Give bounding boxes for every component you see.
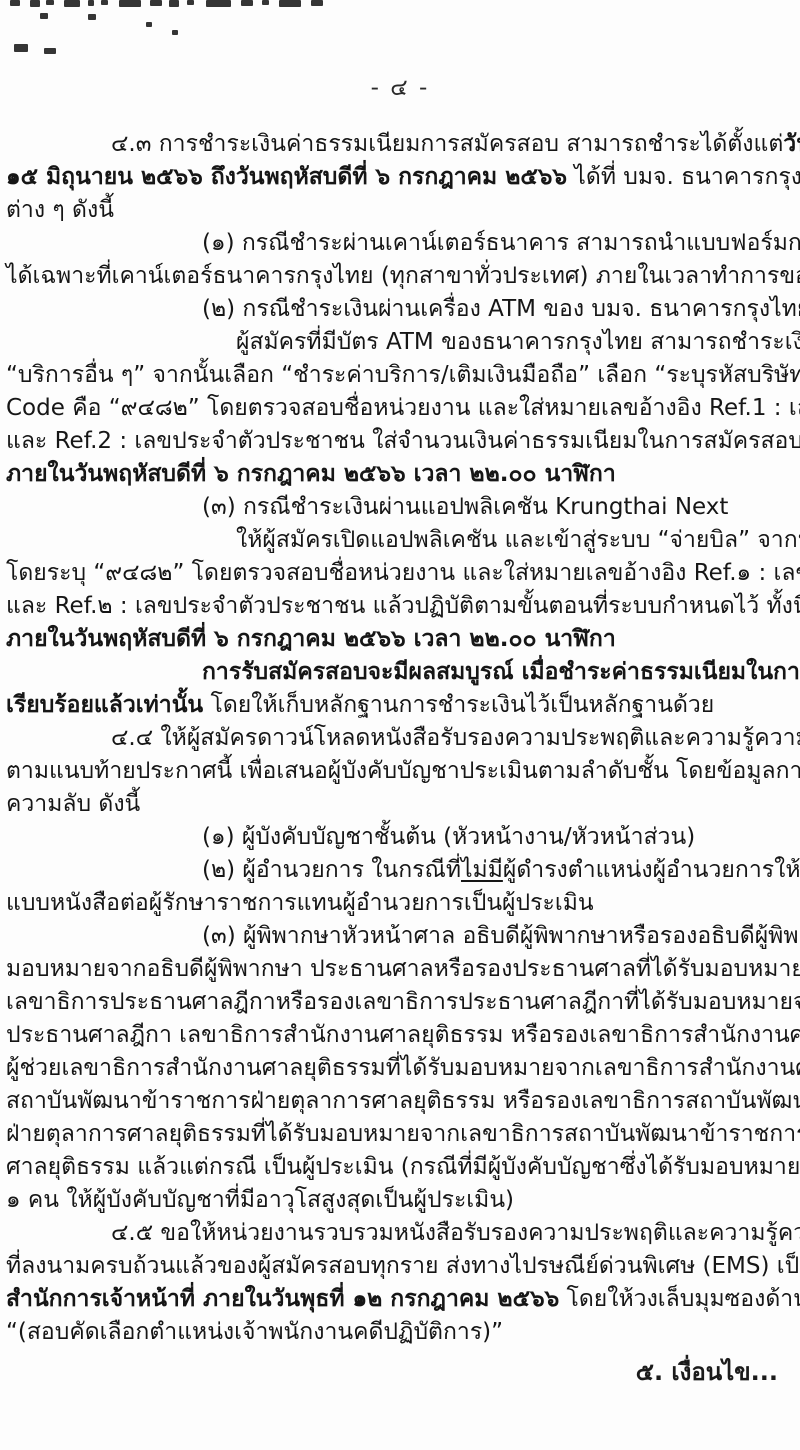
text-segment: ๑ คน ให้ผู้บังคับบัญชาที่มีอาวุโสสูงสุดเ… (6, 1187, 514, 1213)
text-line: (๑) ผู้บังคับบัญชาชั้นต้น (หัวหน้างาน/หั… (6, 821, 798, 854)
text-segment: ไม่มี (461, 857, 503, 883)
text-line: “(สอบคัดเลือกตำแหน่งเจ้าพนักงานคดีปฏิบัต… (6, 1316, 798, 1349)
text-line: ประธานศาลฎีกา เลขาธิการสำนักงานศาลยุติธร… (6, 1019, 798, 1052)
text-segment: (๒) ผู้อำนวยการ ในกรณีที่ (202, 857, 461, 883)
scan-artifact (101, 0, 108, 5)
text-line: Code คือ “๙๔๘๒” โดยตรวจสอบชื่อหน่วยงาน แ… (6, 392, 798, 425)
text-line: ศาลยุติธรรม แล้วแต่กรณี เป็นผู้ประเมิน (… (6, 1151, 798, 1184)
text-segment: มอบหมายจากอธิบดีผู้พิพากษา ประธานศาลหรือ… (6, 956, 800, 982)
text-segment: การรับสมัครสอบจะมีผลสมบูรณ์ เมื่อชำระค่า… (202, 659, 800, 685)
text-segment: โดยให้เก็บหลักฐานการชำระเงินไว้เป็นหลักฐ… (203, 692, 714, 718)
scan-artifact (262, 0, 269, 5)
text-segment: ให้ผู้สมัครเปิดแอปพลิเคชัน และเข้าสู่ระบ… (236, 527, 800, 553)
text-line: (๓) กรณีชำระเงินผ่านแอปพลิเคชัน Krungtha… (6, 491, 798, 524)
text-line: สำนักการเจ้าหน้าที่ ภายในวันพุธที่ ๑๒ กร… (6, 1283, 798, 1316)
text-segment: ฝ่ายตุลาการศาลยุติธรรมที่ได้รับมอบหมายจา… (6, 1121, 800, 1147)
text-line: ๔.๔ ให้ผู้สมัครดาวน์โหลดหนังสือรับรองควา… (6, 722, 798, 755)
scan-artifact (311, 0, 323, 6)
text-line: ที่ลงนามครบถ้วนแล้วของผู้สมัครสอบทุกราย … (6, 1250, 798, 1283)
text-segment: ผู้ช่วยเลขาธิการสำนักงานศาลยุติธรรมที่ได… (6, 1055, 800, 1081)
text-segment: ภายในวันพฤหัสบดีที่ ๖ กรกฎาคม ๒๕๖๖ เวลา … (6, 461, 616, 487)
text-line: เลขาธิการประธานศาลฎีกาหรือรองเลขาธิการปร… (6, 986, 798, 1019)
text-line: ได้เฉพาะที่เคาน์เตอร์ธนาคารกรุงไทย (ทุกส… (6, 260, 798, 293)
text-segment: ความลับ ดังนี้ (6, 791, 140, 817)
text-line: ๔.๕ ขอให้หน่วยงานรวบรวมหนังสือรับรองความ… (6, 1217, 798, 1250)
scan-artifact (40, 13, 48, 19)
document-page: - ๔ - ๔.๓ การชำระเงินค่าธรรมเนียมการสมัค… (0, 0, 800, 1450)
scan-artifact (150, 0, 162, 6)
text-line: ๑ คน ให้ผู้บังคับบัญชาที่มีอาวุโสสูงสุดเ… (6, 1184, 798, 1217)
text-segment: แบบหนังสือต่อผู้รักษาราชการแทนผู้อำนวยกา… (6, 890, 594, 916)
text-segment: สำนักการเจ้าหน้าที่ ภายในวันพุธที่ ๑๒ กร… (6, 1286, 559, 1312)
text-line: (๑) กรณีชำระผ่านเคาน์เตอร์ธนาคาร สามารถน… (6, 227, 798, 260)
scan-artifact (206, 0, 231, 7)
scan-artifact (169, 0, 179, 7)
scan-artifact (241, 0, 253, 6)
text-line: ผู้ช่วยเลขาธิการสำนักงานศาลยุติธรรมที่ได… (6, 1052, 798, 1085)
text-segment: “(สอบคัดเลือกตำแหน่งเจ้าพนักงานคดีปฏิบัต… (6, 1319, 503, 1345)
text-line: แบบหนังสือต่อผู้รักษาราชการแทนผู้อำนวยกา… (6, 887, 798, 920)
continuation-marker: ๕. เงื่อนไข... (636, 1352, 778, 1391)
text-segment: ตามแนบท้ายประกาศนี้ เพื่อเสนอผู้บังคับบั… (6, 758, 800, 784)
text-line: และ Ref.๒ : เลขประจำตัวประชาชน แล้วปฏิบั… (6, 590, 798, 623)
text-line: ต่าง ๆ ดังนี้ (6, 194, 798, 227)
text-segment: เรียบร้อยแล้วเท่านั้น (6, 692, 203, 718)
text-line: “บริการอื่น ๆ” จากนั้นเลือก “ชำระค่าบริก… (6, 359, 798, 392)
text-line: (๒) กรณีชำระเงินผ่านเครื่อง ATM ของ บมจ.… (6, 293, 798, 326)
text-line: เรียบร้อยแล้วเท่านั้น โดยให้เก็บหลักฐานก… (6, 689, 798, 722)
text-segment: ๑๕ มิถุนายน ๒๕๖๖ ถึงวันพฤหัสบดีที่ ๖ กรก… (6, 164, 567, 190)
scan-artifact (46, 0, 54, 5)
scan-artifact (64, 0, 80, 7)
scan-artifact (10, 0, 20, 6)
scan-artifact (88, 14, 96, 20)
text-segment: ได้เฉพาะที่เคาน์เตอร์ธนาคารกรุงไทย (ทุกส… (6, 263, 800, 289)
scan-artifact (44, 48, 56, 54)
text-segment: ต่าง ๆ ดังนี้ (6, 197, 114, 223)
text-segment: (๓) ผู้พิพากษาหัวหน้าศาล อธิบดีผู้พิพากษ… (202, 923, 800, 949)
scan-artifact (279, 0, 301, 7)
text-segment: และ Ref.2 : เลขประจำตัวประชาชน ใส่จำนวนเ… (6, 428, 800, 454)
text-line: ๔.๓ การชำระเงินค่าธรรมเนียมการสมัครสอบ ส… (6, 128, 798, 161)
text-line: สถาบันพัฒนาข้าราชการฝ่ายตุลาการศาลยุติธร… (6, 1085, 798, 1118)
text-segment: ผู้ดำรงตำแหน่งผู้อำนวยการให้ผู้สมัครเสนอ (503, 857, 800, 883)
page-number: - ๔ - (0, 70, 800, 106)
text-segment: (๑) ผู้บังคับบัญชาชั้นต้น (หัวหน้างาน/หั… (202, 824, 695, 850)
text-segment: Code คือ “๙๔๘๒” โดยตรวจสอบชื่อหน่วยงาน แ… (6, 395, 800, 421)
text-segment: ประธานศาลฎีกา เลขาธิการสำนักงานศาลยุติธร… (6, 1022, 800, 1048)
text-line: การรับสมัครสอบจะมีผลสมบูรณ์ เมื่อชำระค่า… (6, 656, 798, 689)
text-segment: ภายในวันพฤหัสบดีที่ ๖ กรกฎาคม ๒๕๖๖ เวลา … (6, 626, 616, 652)
scan-artifact (88, 0, 94, 6)
text-segment: “บริการอื่น ๆ” จากนั้นเลือก “ชำระค่าบริก… (6, 362, 800, 388)
text-line: ความลับ ดังนี้ (6, 788, 798, 821)
text-line: ฝ่ายตุลาการศาลยุติธรรมที่ได้รับมอบหมายจา… (6, 1118, 798, 1151)
text-segment: โดยระบุ “๙๔๘๒” โดยตรวจสอบชื่อหน่วยงาน แล… (6, 560, 800, 586)
text-line: (๒) ผู้อำนวยการ ในกรณีที่ไม่มีผู้ดำรงตำแ… (6, 854, 798, 887)
text-line: ให้ผู้สมัครเปิดแอปพลิเคชัน และเข้าสู่ระบ… (6, 524, 798, 557)
text-segment: ศาลยุติธรรม แล้วแต่กรณี เป็นผู้ประเมิน (… (6, 1154, 800, 1180)
text-segment: วันพฤหัสบดีที่ (783, 131, 800, 157)
text-line: ผู้สมัครที่มีบัตร ATM ของธนาคารกรุงไทย ส… (6, 326, 798, 359)
text-segment: ได้ที่ บมจ. ธนาคารกรุงไทย ผ่านช่องทาง (567, 164, 800, 190)
text-segment: (๓) กรณีชำระเงินผ่านแอปพลิเคชัน Krungtha… (202, 494, 728, 520)
text-segment: ๔.๕ ขอให้หน่วยงานรวบรวมหนังสือรับรองความ… (111, 1220, 800, 1246)
text-line: ๑๕ มิถุนายน ๒๕๖๖ ถึงวันพฤหัสบดีที่ ๖ กรก… (6, 161, 798, 194)
scan-artifact (146, 22, 152, 27)
document-body: ๔.๓ การชำระเงินค่าธรรมเนียมการสมัครสอบ ส… (6, 128, 798, 1349)
text-segment: ที่ลงนามครบถ้วนแล้วของผู้สมัครสอบทุกราย … (6, 1253, 800, 1279)
text-segment: สถาบันพัฒนาข้าราชการฝ่ายตุลาการศาลยุติธร… (6, 1088, 800, 1114)
text-segment: (๑) กรณีชำระผ่านเคาน์เตอร์ธนาคาร สามารถน… (202, 230, 800, 256)
text-segment: โดยให้วงเล็บมุมซองด้านล่างขวาว่า (559, 1286, 800, 1312)
text-segment: ๔.๓ การชำระเงินค่าธรรมเนียมการสมัครสอบ ส… (111, 131, 783, 157)
scan-artifact (14, 44, 28, 52)
text-segment: ๔.๔ ให้ผู้สมัครดาวน์โหลดหนังสือรับรองควา… (111, 725, 800, 751)
text-segment: (๒) กรณีชำระเงินผ่านเครื่อง ATM ของ บมจ.… (202, 296, 800, 322)
text-line: และ Ref.2 : เลขประจำตัวประชาชน ใส่จำนวนเ… (6, 425, 798, 458)
text-line: (๓) ผู้พิพากษาหัวหน้าศาล อธิบดีผู้พิพากษ… (6, 920, 798, 953)
text-line: โดยระบุ “๙๔๘๒” โดยตรวจสอบชื่อหน่วยงาน แล… (6, 557, 798, 590)
text-line: ภายในวันพฤหัสบดีที่ ๖ กรกฎาคม ๒๕๖๖ เวลา … (6, 458, 798, 491)
scan-artifact (187, 0, 194, 5)
scan-artifact (172, 30, 178, 35)
text-segment: เลขาธิการประธานศาลฎีกาหรือรองเลขาธิการปร… (6, 989, 800, 1015)
scan-artifact (30, 0, 40, 7)
text-segment: และ Ref.๒ : เลขประจำตัวประชาชน แล้วปฏิบั… (6, 593, 800, 619)
text-line: ตามแนบท้ายประกาศนี้ เพื่อเสนอผู้บังคับบั… (6, 755, 798, 788)
text-line: มอบหมายจากอธิบดีผู้พิพากษา ประธานศาลหรือ… (6, 953, 798, 986)
text-segment: ผู้สมัครที่มีบัตร ATM ของธนาคารกรุงไทย ส… (236, 329, 800, 355)
text-line: ภายในวันพฤหัสบดีที่ ๖ กรกฎาคม ๒๕๖๖ เวลา … (6, 623, 798, 656)
scan-artifact (119, 0, 141, 7)
